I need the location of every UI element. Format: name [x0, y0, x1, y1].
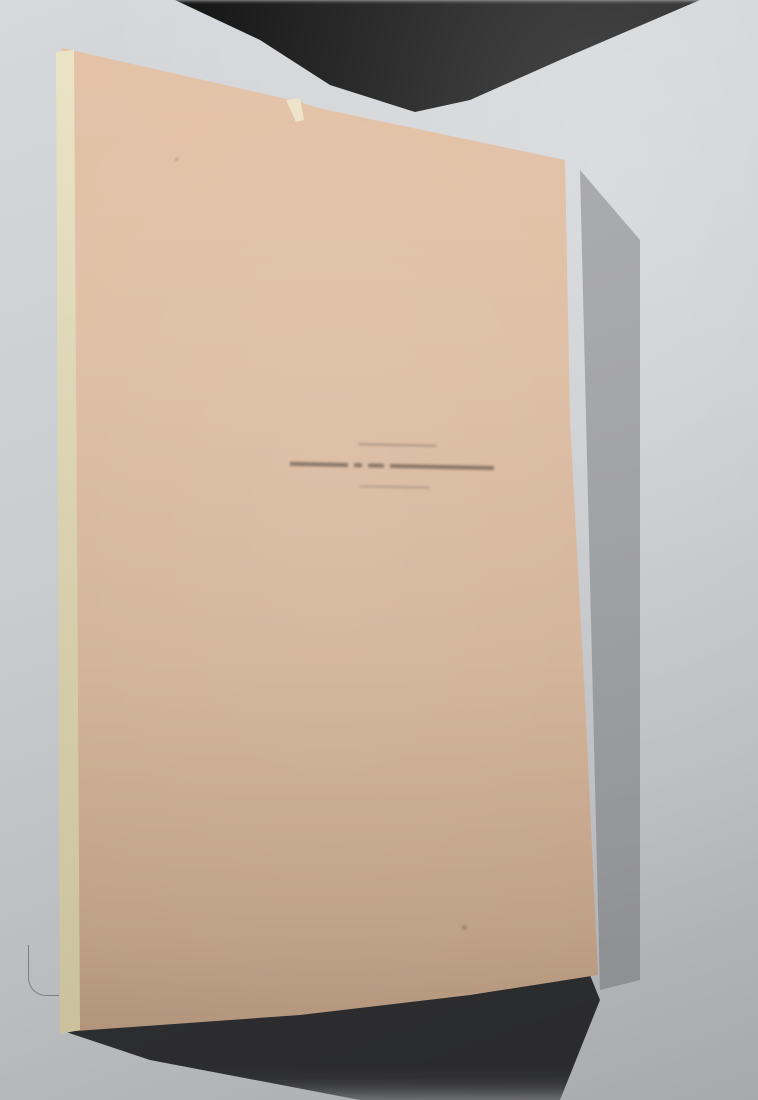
cover-spot: [175, 158, 178, 161]
cover-title-illegible: [290, 462, 500, 470]
cover-title-block: [290, 442, 501, 490]
loose-thread: [28, 945, 59, 996]
cover-spot: [462, 925, 467, 930]
title-rule-top: [358, 443, 436, 447]
